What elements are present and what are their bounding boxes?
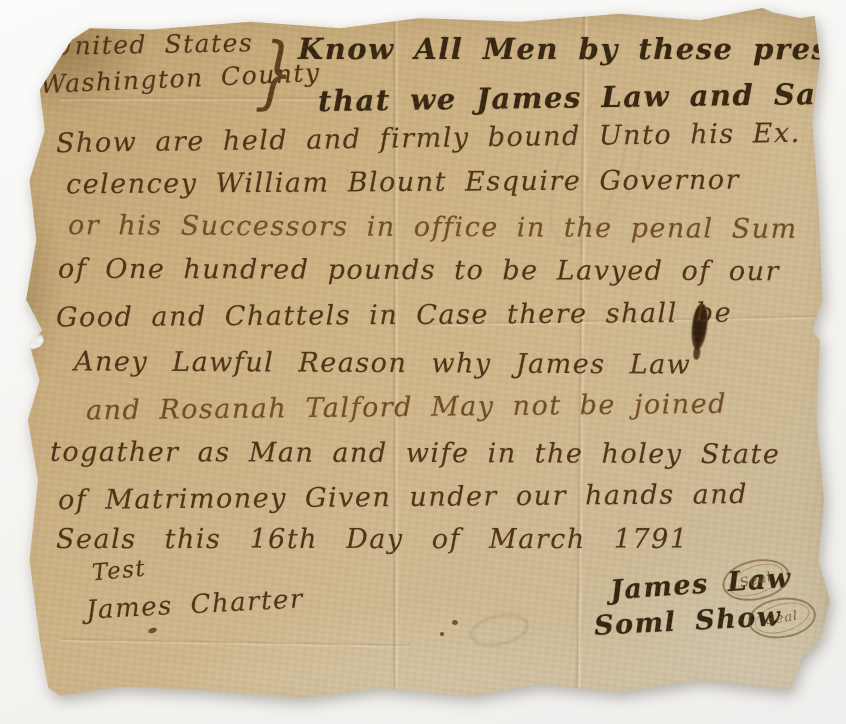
document-scan: United States Washington County } Know A… <box>0 0 846 724</box>
header-place-line1: United States <box>52 28 254 61</box>
handwritten-line-9: and Rosanah Talford May not be joined <box>86 389 727 427</box>
handwritten-line-4: celencey William Blount Esquire Governor <box>66 165 740 201</box>
handwritten-line-1: Know All Men by these presents <box>298 32 846 66</box>
handwritten-line-5: or his Successors in office in the penal… <box>68 210 798 245</box>
handwritten-line-7: Good and Chattels in Case there shall be <box>56 298 732 334</box>
paper-hole <box>20 331 46 352</box>
witness-signature: James Charter <box>85 584 304 625</box>
attestation-label: Test <box>91 556 147 587</box>
seal-flourish: Seal <box>746 593 819 642</box>
handwritten-line-12: Seals this 16th Day of March 1791 <box>56 524 689 555</box>
handwritten-line-8: Aney Lawful Reason why James Law <box>74 346 691 380</box>
ink-speck <box>440 632 444 636</box>
handwritten-line-6: of One hundred pounds to be Lavyed of ou… <box>58 254 780 288</box>
header-brace: } <box>254 25 299 121</box>
ink-bleedthrough-mark <box>468 609 532 651</box>
horizontal-fold-crease <box>60 637 410 649</box>
ink-speck <box>147 627 157 635</box>
paper-sheet: United States Washington County } Know A… <box>0 0 846 724</box>
handwritten-line-3: Show are held and firmly bound Unto his … <box>56 118 801 159</box>
handwritten-line-2: that we James Law and Samuel <box>318 76 846 118</box>
paper-shadow-wrap: United States Washington County } Know A… <box>0 0 846 724</box>
ink-speck <box>452 620 458 625</box>
handwritten-line-11: of Matrimoney Given under our hands and <box>58 479 748 516</box>
handwritten-line-10: togather as Man and wife in the holey St… <box>50 437 780 471</box>
